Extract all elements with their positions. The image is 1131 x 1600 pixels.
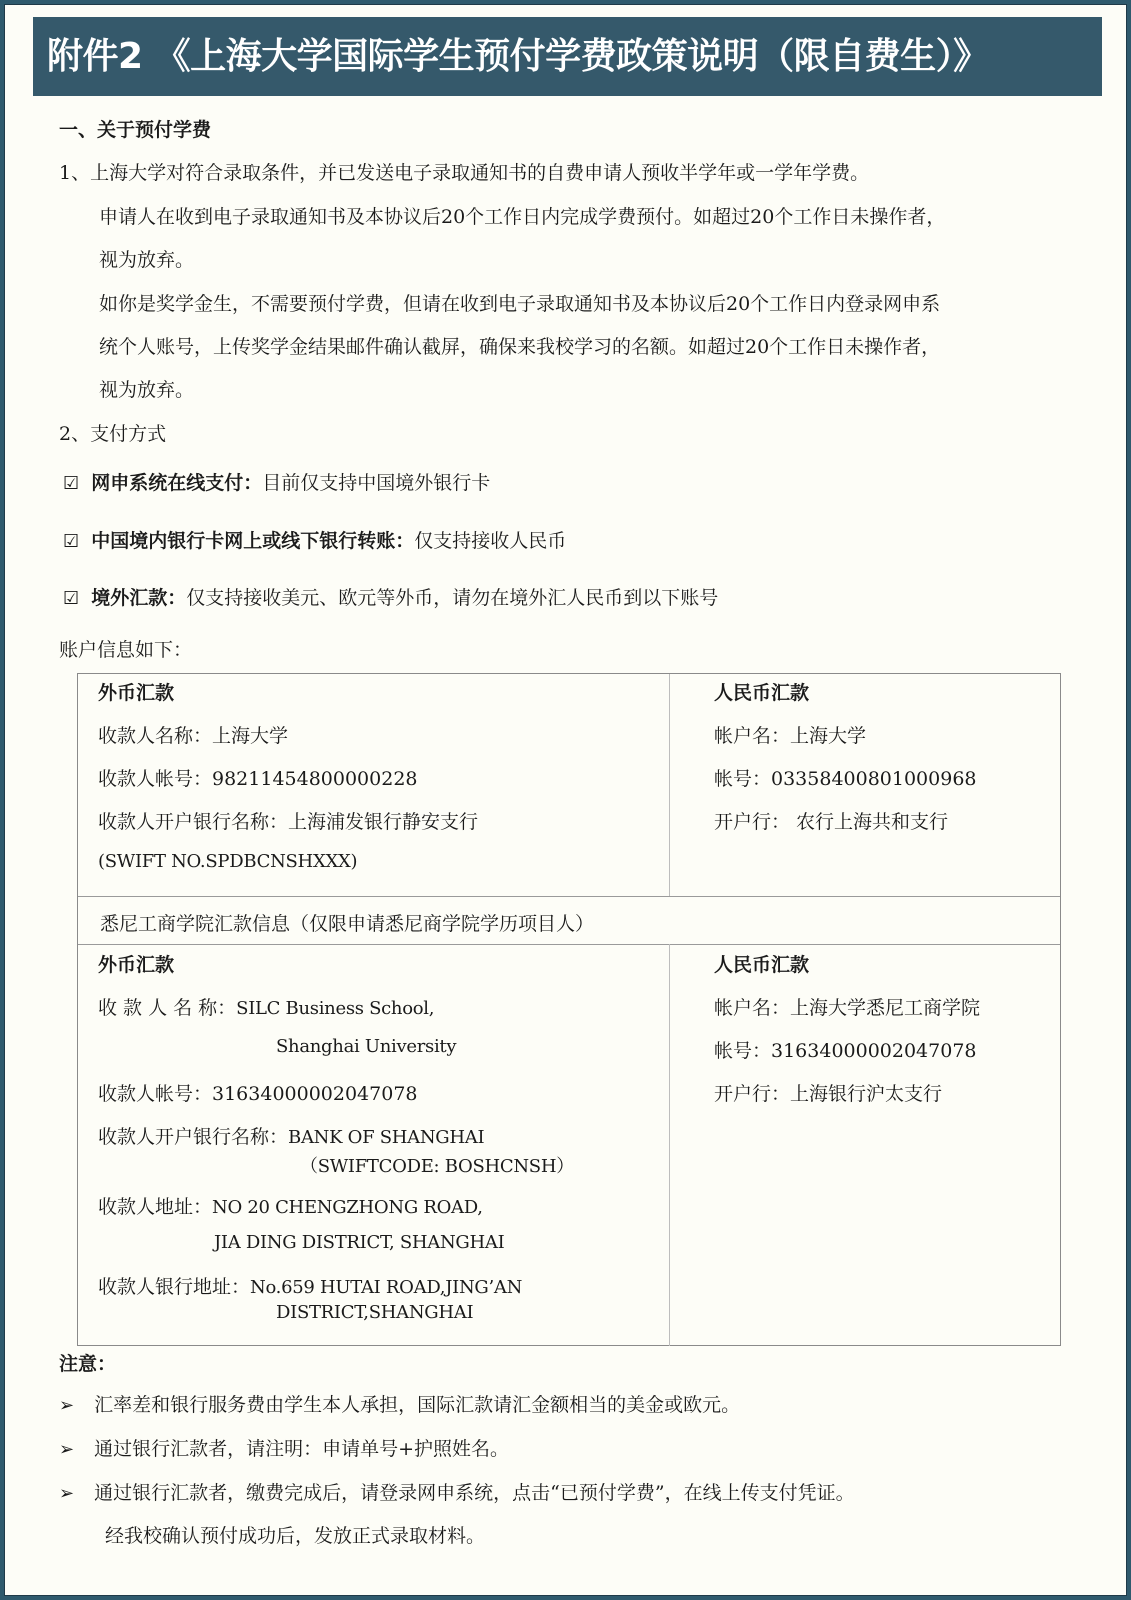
rmb-account-number: 帐号：03358400801000968	[714, 764, 977, 791]
silc-rmb-bank: 开户行：上海银行沪太支行	[714, 1079, 942, 1106]
payee-bank-name: 收款人开户银行名称：上海浦发银行静安支行	[98, 807, 478, 834]
silc-swift-code: （SWIFTCODE: BOSHCNSH）	[300, 1152, 574, 1178]
arrow-bullet-icon: ➢	[59, 1395, 74, 1416]
column-divider	[669, 944, 670, 1346]
swift-code: (SWIFT NO.SPDBCNSHXXX)	[98, 851, 357, 872]
silc-payee-bank-name: 收款人开户银行名称：BANK OF SHANGHAI	[98, 1122, 484, 1149]
note-item: ➢ 汇率差和银行服务费由学生本人承担，国际汇款请汇金额相当的美金或欧元。	[59, 1390, 740, 1417]
arrow-bullet-icon: ➢	[59, 1439, 74, 1460]
silc-rmb-account-number: 帐号：31634000002047078	[714, 1036, 977, 1063]
paragraph-line: 视为放弃。	[99, 375, 194, 402]
field-value: NO 20 CHENGZHONG ROAD,	[212, 1197, 483, 1218]
field-value: BANK OF SHANGHAI	[288, 1127, 484, 1148]
note-text: 通过银行汇款者，缴费完成后，请登录网申系统，点击“已预付学费”，在线上传支付凭证…	[94, 1482, 854, 1504]
rmb-bank: 开户行： 农行上海共和支行	[714, 807, 948, 834]
silc-payee-address: 收款人地址：NO 20 CHENGZHONG ROAD,	[98, 1192, 483, 1219]
rmb-remittance-heading: 人民币汇款	[714, 678, 809, 705]
silc-foreign-remittance-heading: 外币汇款	[98, 950, 174, 977]
silc-payee-name-cont: Shanghai University	[276, 1036, 456, 1057]
row-divider	[78, 896, 1060, 897]
arrow-bullet-icon: ➢	[59, 1483, 74, 1504]
silc-payee-address-cont: JIA DING DISTRICT, SHANGHAI	[214, 1232, 504, 1253]
silc-rmb-remittance-heading: 人民币汇款	[714, 950, 809, 977]
payment-methods-heading: 2、支付方式	[59, 419, 166, 446]
silc-rmb-account-name: 帐户名：上海大学悉尼工商学院	[714, 993, 980, 1020]
silc-bank-address: 收款人银行地址：No.659 HUTAI ROAD,JING’AN	[98, 1272, 522, 1299]
note-text: 通过银行汇款者，请注明：申请单号+护照姓名。	[94, 1438, 509, 1460]
payee-account-number: 收款人帐号：98211454800000228	[98, 764, 418, 791]
payee-name: 收款人名称：上海大学	[98, 721, 288, 748]
checkbox-checked-icon: ☑	[63, 588, 79, 609]
field-label: 收款人银行地址：	[98, 1276, 250, 1298]
paragraph-line: 统个人账号，上传奖学金结果邮件确认截屏，确保来我校学习的名额。如超过20个工作日…	[99, 332, 940, 359]
method-text: 仅支持接收人民币	[414, 530, 566, 552]
method-text: 目前仅支持中国境外银行卡	[262, 472, 490, 494]
notes-heading: 注意：	[59, 1349, 116, 1376]
payment-method-online: ☑ 网申系统在线支付：目前仅支持中国境外银行卡	[63, 468, 490, 495]
document-page: 附件2 《上海大学国际学生预付学费政策说明（限自费生）》 一、关于预付学费 1、…	[4, 4, 1127, 1596]
checkbox-checked-icon: ☑	[63, 531, 79, 552]
silc-bank-address-cont: DISTRICT,SHANGHAI	[276, 1302, 473, 1323]
paragraph-line: 如你是奖学金生，不需要预付学费，但请在收到电子录取通知书及本协议后20个工作日内…	[99, 289, 940, 316]
column-divider	[669, 674, 670, 896]
foreign-remittance-heading: 外币汇款	[98, 678, 174, 705]
paragraph-line: 1、上海大学对符合录取条件，并已发送电子录取通知书的自费申请人预收半学年或一学年…	[59, 158, 869, 185]
checkbox-checked-icon: ☑	[63, 473, 79, 494]
account-info-intro: 账户信息如下：	[59, 635, 192, 662]
account-info-table: 外币汇款 收款人名称：上海大学 收款人帐号：98211454800000228 …	[77, 673, 1061, 1346]
silc-payee-account-number: 收款人帐号：31634000002047078	[98, 1079, 418, 1106]
note-text: 汇率差和银行服务费由学生本人承担，国际汇款请汇金额相当的美金或欧元。	[94, 1394, 740, 1416]
method-text: 仅支持接收美元、欧元等外币，请勿在境外汇人民币到以下账号	[186, 587, 718, 609]
payment-method-domestic-transfer: ☑ 中国境内银行卡网上或线下银行转账：仅支持接收人民币	[63, 526, 566, 553]
field-value: No.659 HUTAI ROAD,JING’AN	[250, 1277, 522, 1298]
note-item: ➢ 通过银行汇款者，缴费完成后，请登录网申系统，点击“已预付学费”，在线上传支付…	[59, 1478, 855, 1505]
page-title: 附件2 《上海大学国际学生预付学费政策说明（限自费生）》	[33, 17, 1102, 96]
field-value: SILC Business School,	[236, 998, 434, 1019]
row-divider	[78, 944, 1060, 945]
method-label: 中国境内银行卡网上或线下银行转账：	[91, 530, 414, 552]
field-label: 收 款 人 名 称：	[98, 997, 236, 1019]
rmb-account-name: 帐户名：上海大学	[714, 721, 866, 748]
field-label: 收款人地址：	[98, 1196, 212, 1218]
field-label: 收款人开户银行名称：	[98, 1126, 288, 1148]
method-label: 境外汇款：	[91, 587, 186, 609]
payment-method-overseas-remittance: ☑ 境外汇款：仅支持接收美元、欧元等外币，请勿在境外汇人民币到以下账号	[63, 583, 718, 610]
paragraph-line: 申请人在收到电子录取通知书及本协议后20个工作日内完成学费预付。如超过20个工作…	[99, 202, 945, 229]
note-continuation: 经我校确认预付成功后，发放正式录取材料。	[105, 1521, 485, 1548]
silc-payee-name: 收 款 人 名 称：SILC Business School,	[98, 993, 434, 1020]
silc-section-title: 悉尼工商学院汇款信息（仅限申请悉尼商学院学历项目人）	[100, 909, 594, 936]
paragraph-line: 视为放弃。	[99, 245, 194, 272]
note-item: ➢ 通过银行汇款者，请注明：申请单号+护照姓名。	[59, 1434, 509, 1461]
method-label: 网申系统在线支付：	[91, 472, 262, 494]
section-heading-prepay: 一、关于预付学费	[59, 115, 211, 142]
